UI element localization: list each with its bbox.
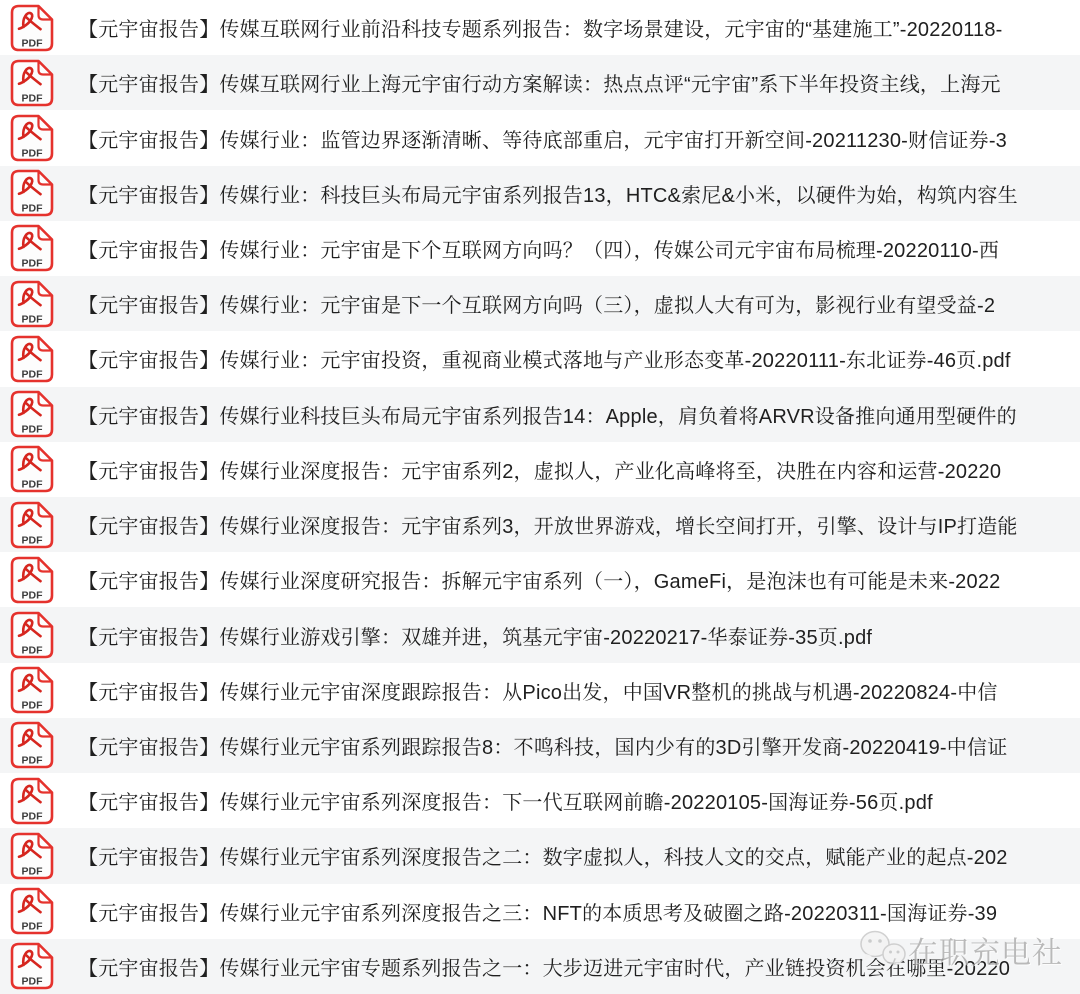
file-title[interactable]: 【元宇宙报告】传媒行业：元宇宙是下个互联网方向吗？（四），传媒公司元宇宙布局梳理… (78, 234, 999, 263)
pdf-icon: PDF (9, 59, 55, 107)
pdf-icon: PDF (9, 887, 55, 935)
file-title[interactable]: 【元宇宙报告】传媒互联网行业上海元宇宙行动方案解读：热点点评“元宇宙”系下半年投… (78, 68, 1001, 97)
pdf-icon: PDF (9, 445, 55, 493)
pdf-icon: PDF (9, 501, 55, 549)
file-row[interactable]: PDF 【元宇宙报告】传媒互联网行业上海元宇宙行动方案解读：热点点评“元宇宙”系… (0, 55, 1080, 110)
file-row[interactable]: PDF 【元宇宙报告】传媒行业元宇宙专题系列报告之一：大步迈进元宇宙时代，产业链… (0, 939, 1080, 994)
pdf-icon: PDF (9, 832, 55, 880)
file-title[interactable]: 【元宇宙报告】传媒行业深度报告：元宇宙系列3，开放世界游戏，增长空间打开，引擎、… (78, 510, 1018, 539)
pdf-icon: PDF (9, 611, 55, 659)
file-row[interactable]: PDF 【元宇宙报告】传媒行业：科技巨头布局元宇宙系列报告13，HTC&索尼&小… (0, 166, 1080, 221)
file-row[interactable]: PDF 【元宇宙报告】传媒互联网行业前沿科技专题系列报告：数字场景建设，元宇宙的… (0, 0, 1080, 55)
file-title[interactable]: 【元宇宙报告】传媒行业深度报告：元宇宙系列2，虚拟人，产业化高峰将至，决胜在内容… (78, 455, 1001, 484)
svg-text:PDF: PDF (22, 37, 44, 49)
svg-text:PDF: PDF (22, 810, 44, 822)
svg-text:PDF: PDF (22, 976, 44, 988)
file-title[interactable]: 【元宇宙报告】传媒行业元宇宙专题系列报告之一：大步迈进元宇宙时代，产业链投资机会… (78, 952, 1010, 981)
pdf-icon: PDF (9, 666, 55, 714)
pdf-icon: PDF (9, 335, 55, 383)
svg-text:PDF: PDF (22, 424, 44, 436)
svg-text:PDF: PDF (22, 92, 44, 104)
pdf-icon: PDF (9, 4, 55, 52)
pdf-icon: PDF (9, 556, 55, 604)
svg-text:PDF: PDF (22, 313, 44, 325)
file-title[interactable]: 【元宇宙报告】传媒行业：元宇宙是下一个互联网方向吗（三），虚拟人大有可为，影视行… (78, 289, 995, 318)
file-title[interactable]: 【元宇宙报告】传媒行业：科技巨头布局元宇宙系列报告13，HTC&索尼&小米，以硬… (78, 179, 1018, 208)
svg-text:PDF: PDF (22, 148, 44, 160)
file-row[interactable]: PDF 【元宇宙报告】传媒行业深度报告：元宇宙系列3，开放世界游戏，增长空间打开… (0, 497, 1080, 552)
file-row[interactable]: PDF 【元宇宙报告】传媒行业：元宇宙是下个互联网方向吗？（四），传媒公司元宇宙… (0, 221, 1080, 276)
file-row[interactable]: PDF 【元宇宙报告】传媒行业：元宇宙投资，重视商业模式落地与产业形态变革-20… (0, 331, 1080, 386)
file-row[interactable]: PDF 【元宇宙报告】传媒行业游戏引擎：双雄并进，筑基元宇宙-20220217-… (0, 607, 1080, 662)
file-title[interactable]: 【元宇宙报告】传媒行业：监管边界逐渐清晰、等待底部重启，元宇宙打开新空间-202… (78, 124, 1007, 153)
pdf-icon: PDF (9, 390, 55, 438)
file-title[interactable]: 【元宇宙报告】传媒互联网行业前沿科技专题系列报告：数字场景建设，元宇宙的“基建施… (78, 13, 1003, 42)
pdf-icon: PDF (9, 280, 55, 328)
file-row[interactable]: PDF 【元宇宙报告】传媒行业元宇宙深度跟踪报告：从Pico出发，中国VR整机的… (0, 663, 1080, 718)
file-title[interactable]: 【元宇宙报告】传媒行业元宇宙系列深度报告之三：NFT的本质思考及破圈之路-202… (78, 897, 997, 926)
svg-text:PDF: PDF (22, 921, 44, 933)
file-row[interactable]: PDF 【元宇宙报告】传媒行业：元宇宙是下一个互联网方向吗（三），虚拟人大有可为… (0, 276, 1080, 331)
file-title[interactable]: 【元宇宙报告】传媒行业科技巨头布局元宇宙系列报告14：Apple，肩负着将ARV… (78, 400, 1017, 429)
svg-text:PDF: PDF (22, 479, 44, 491)
svg-text:PDF: PDF (22, 865, 44, 877)
svg-text:PDF: PDF (22, 755, 44, 767)
file-title[interactable]: 【元宇宙报告】传媒行业元宇宙系列深度报告之二：数字虚拟人，科技人文的交点，赋能产… (78, 841, 1008, 870)
svg-text:PDF: PDF (22, 645, 44, 657)
pdf-icon: PDF (9, 114, 55, 162)
file-row[interactable]: PDF 【元宇宙报告】传媒行业元宇宙系列跟踪报告8：不鸣科技，国内少有的3D引擎… (0, 718, 1080, 773)
svg-text:PDF: PDF (22, 700, 44, 712)
file-title[interactable]: 【元宇宙报告】传媒行业深度研究报告：拆解元宇宙系列（一），GameFi，是泡沫也… (78, 565, 1000, 594)
pdf-icon: PDF (9, 777, 55, 825)
pdf-icon: PDF (9, 721, 55, 769)
pdf-report-list: PDF 【元宇宙报告】传媒互联网行业前沿科技专题系列报告：数字场景建设，元宇宙的… (0, 0, 1080, 994)
file-title[interactable]: 【元宇宙报告】传媒行业元宇宙系列深度报告：下一代互联网前瞻-20220105-国… (78, 786, 933, 815)
file-row[interactable]: PDF 【元宇宙报告】传媒行业元宇宙系列深度报告之二：数字虚拟人，科技人文的交点… (0, 828, 1080, 883)
svg-text:PDF: PDF (22, 534, 44, 546)
svg-text:PDF: PDF (22, 258, 44, 270)
pdf-icon: PDF (9, 224, 55, 272)
file-title[interactable]: 【元宇宙报告】传媒行业：元宇宙投资，重视商业模式落地与产业形态变革-202201… (78, 344, 1011, 373)
pdf-icon: PDF (9, 169, 55, 217)
file-row[interactable]: PDF 【元宇宙报告】传媒行业：监管边界逐渐清晰、等待底部重启，元宇宙打开新空间… (0, 110, 1080, 165)
file-row[interactable]: PDF 【元宇宙报告】传媒行业元宇宙系列深度报告：下一代互联网前瞻-202201… (0, 773, 1080, 828)
pdf-icon: PDF (9, 942, 55, 990)
file-title[interactable]: 【元宇宙报告】传媒行业元宇宙系列跟踪报告8：不鸣科技，国内少有的3D引擎开发商-… (78, 731, 1007, 760)
svg-text:PDF: PDF (22, 368, 44, 380)
file-row[interactable]: PDF 【元宇宙报告】传媒行业深度研究报告：拆解元宇宙系列（一），GameFi，… (0, 552, 1080, 607)
svg-text:PDF: PDF (22, 203, 44, 215)
file-title[interactable]: 【元宇宙报告】传媒行业元宇宙深度跟踪报告：从Pico出发，中国VR整机的挑战与机… (78, 676, 998, 705)
file-title[interactable]: 【元宇宙报告】传媒行业游戏引擎：双雄并进，筑基元宇宙-20220217-华泰证券… (78, 621, 872, 650)
file-row[interactable]: PDF 【元宇宙报告】传媒行业元宇宙系列深度报告之三：NFT的本质思考及破圈之路… (0, 884, 1080, 939)
svg-text:PDF: PDF (22, 589, 44, 601)
file-row[interactable]: PDF 【元宇宙报告】传媒行业科技巨头布局元宇宙系列报告14：Apple，肩负着… (0, 387, 1080, 442)
file-row[interactable]: PDF 【元宇宙报告】传媒行业深度报告：元宇宙系列2，虚拟人，产业化高峰将至，决… (0, 442, 1080, 497)
